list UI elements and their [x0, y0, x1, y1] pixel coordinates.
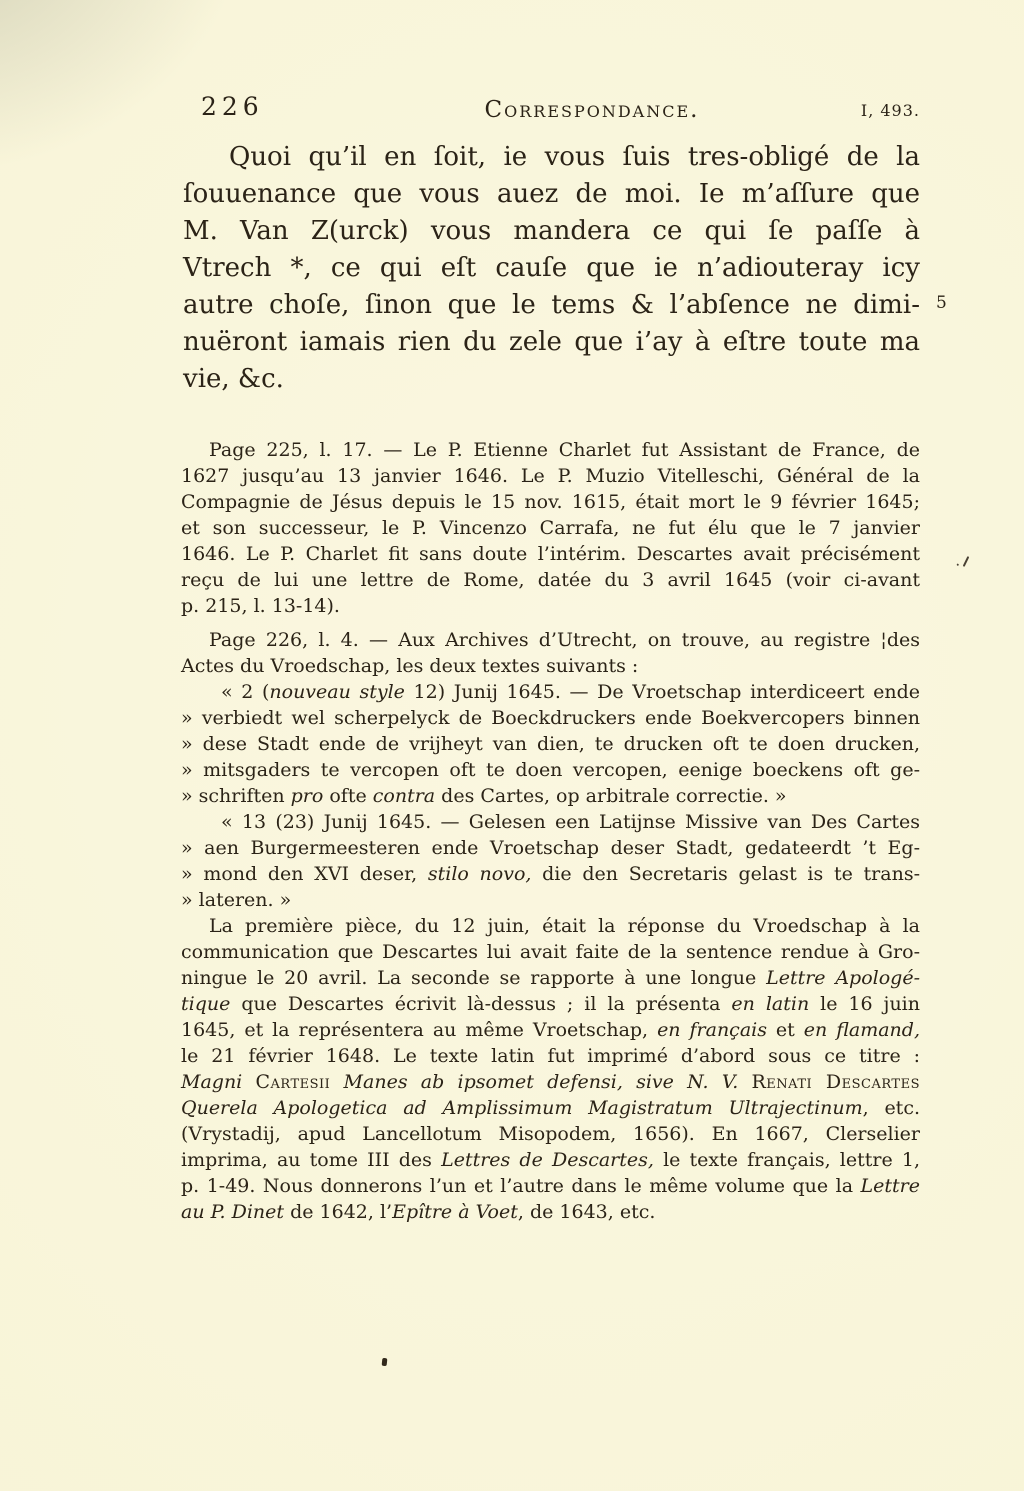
page-number: 226: [201, 92, 264, 121]
note-line: 1645, et la représentera au même Vroetsc…: [181, 1017, 920, 1043]
letter-line: ſouuenance que vous auez de moi. Ie m’aſ…: [183, 176, 920, 213]
editorial-notes-block: Page 225, l. 17. — Le P. Etienne Charlet…: [181, 437, 920, 1225]
letter-line: autre choſe, ſinon que le tems & l’abſen…: [183, 287, 920, 324]
note-line: Page 226, l. 4. — Aux Archives d’Utrecht…: [181, 627, 920, 653]
note-line: » mond den XVI deser, stilo novo, die de…: [181, 861, 920, 887]
note-paragraph: « 13 (23) Junij 1645. — Gelesen een Lati…: [181, 809, 920, 913]
note-line: » aen Burgermeesteren ende Vroetschap de…: [181, 835, 920, 861]
note-line: 1646. Le P. Charlet fit sans doute l’int…: [181, 541, 920, 567]
note-line: » dese Stadt ende de vrijheyt van dien, …: [181, 731, 920, 757]
volume-page-ref: I, 493.: [700, 101, 920, 120]
note-line: Magni Cartesii Manes ab ipsomet defensi,…: [181, 1069, 920, 1095]
letter-line: vie, &c.: [183, 361, 920, 398]
letter-line: nuëront iamais rien du zele que i’ay à e…: [183, 324, 920, 361]
note-line: ningue le 20 avril. La seconde se rappor…: [181, 965, 920, 991]
note-line: « 13 (23) Junij 1645. — Gelesen een Lati…: [181, 809, 920, 835]
note-line: p. 215, l. 13-14).: [181, 593, 920, 619]
note-line: (Vrystadij, apud Lancellotum Misopodem, …: [181, 1121, 920, 1147]
note-line: p. 1-49. Nous donnerons l’un et l’autre …: [181, 1173, 920, 1199]
letter-line: Quoi qu’il en ſoit, ie vous ſuis tres-ob…: [183, 139, 920, 176]
note-line: » schriften pro ofte contra des Cartes, …: [181, 783, 920, 809]
marginal-line-number: 5: [936, 293, 947, 313]
letter-line: Vtrech *, ce qui eſt cauſe que ie n’adio…: [183, 250, 920, 287]
note-paragraph: La première pièce, du 12 juin, était la …: [181, 913, 920, 1225]
note-paragraph: Page 225, l. 17. — Le P. Etienne Charlet…: [181, 437, 920, 619]
note-line: le 21 février 1648. Le texte latin fut i…: [181, 1043, 920, 1069]
note-line: et son successeur, le P. Vincenzo Carraf…: [181, 515, 920, 541]
letter-line: M. Van Z(urck) vous mandera ce qui ſe pa…: [183, 213, 920, 250]
note-line: » verbiedt wel scherpelyck de Boeckdruck…: [181, 705, 920, 731]
note-line: » lateren. »: [181, 887, 920, 913]
note-paragraph: « 2 (nouveau style 12) Junij 1645. — De …: [181, 679, 920, 809]
note-line: » mitsgaders te vercopen oft te doen ver…: [181, 757, 920, 783]
note-line: Actes du Vroedschap, les deux textes sui…: [181, 653, 920, 679]
letter-text-block: Quoi qu’il en ſoit, ie vous ſuis tres-ob…: [183, 139, 920, 398]
note-line: La première pièce, du 12 juin, était la …: [181, 913, 920, 939]
note-line: imprima, au tome III des Lettres de Desc…: [181, 1147, 920, 1173]
note-line: 1627 jusqu’au 13 janvier 1646. Le P. Muz…: [181, 463, 920, 489]
note-line: Querela Apologetica ad Amplissimum Magis…: [181, 1095, 920, 1121]
note-line: tique que Descartes écrivit là-dessus ; …: [181, 991, 920, 1017]
note-line: reçu de lui une lettre de Rome, datée du…: [181, 567, 920, 593]
note-line: Compagnie de Jésus depuis le 15 nov. 161…: [181, 489, 920, 515]
note-paragraph: Page 226, l. 4. — Aux Archives d’Utrecht…: [181, 627, 920, 679]
note-line: communication que Descartes lui avait fa…: [181, 939, 920, 965]
scanned-book-page: 226 Correspondance. I, 493. Quoi qu’il e…: [0, 0, 1024, 1491]
ink-stroke-artifact: [963, 556, 970, 567]
ink-dot-artifact: [382, 1358, 388, 1366]
note-line: « 2 (nouveau style 12) Junij 1645. — De …: [181, 679, 920, 705]
note-line: au P. Dinet de 1642, l’Epître à Voet, de…: [181, 1199, 920, 1225]
note-line: Page 225, l. 17. — Le P. Etienne Charlet…: [181, 437, 920, 463]
